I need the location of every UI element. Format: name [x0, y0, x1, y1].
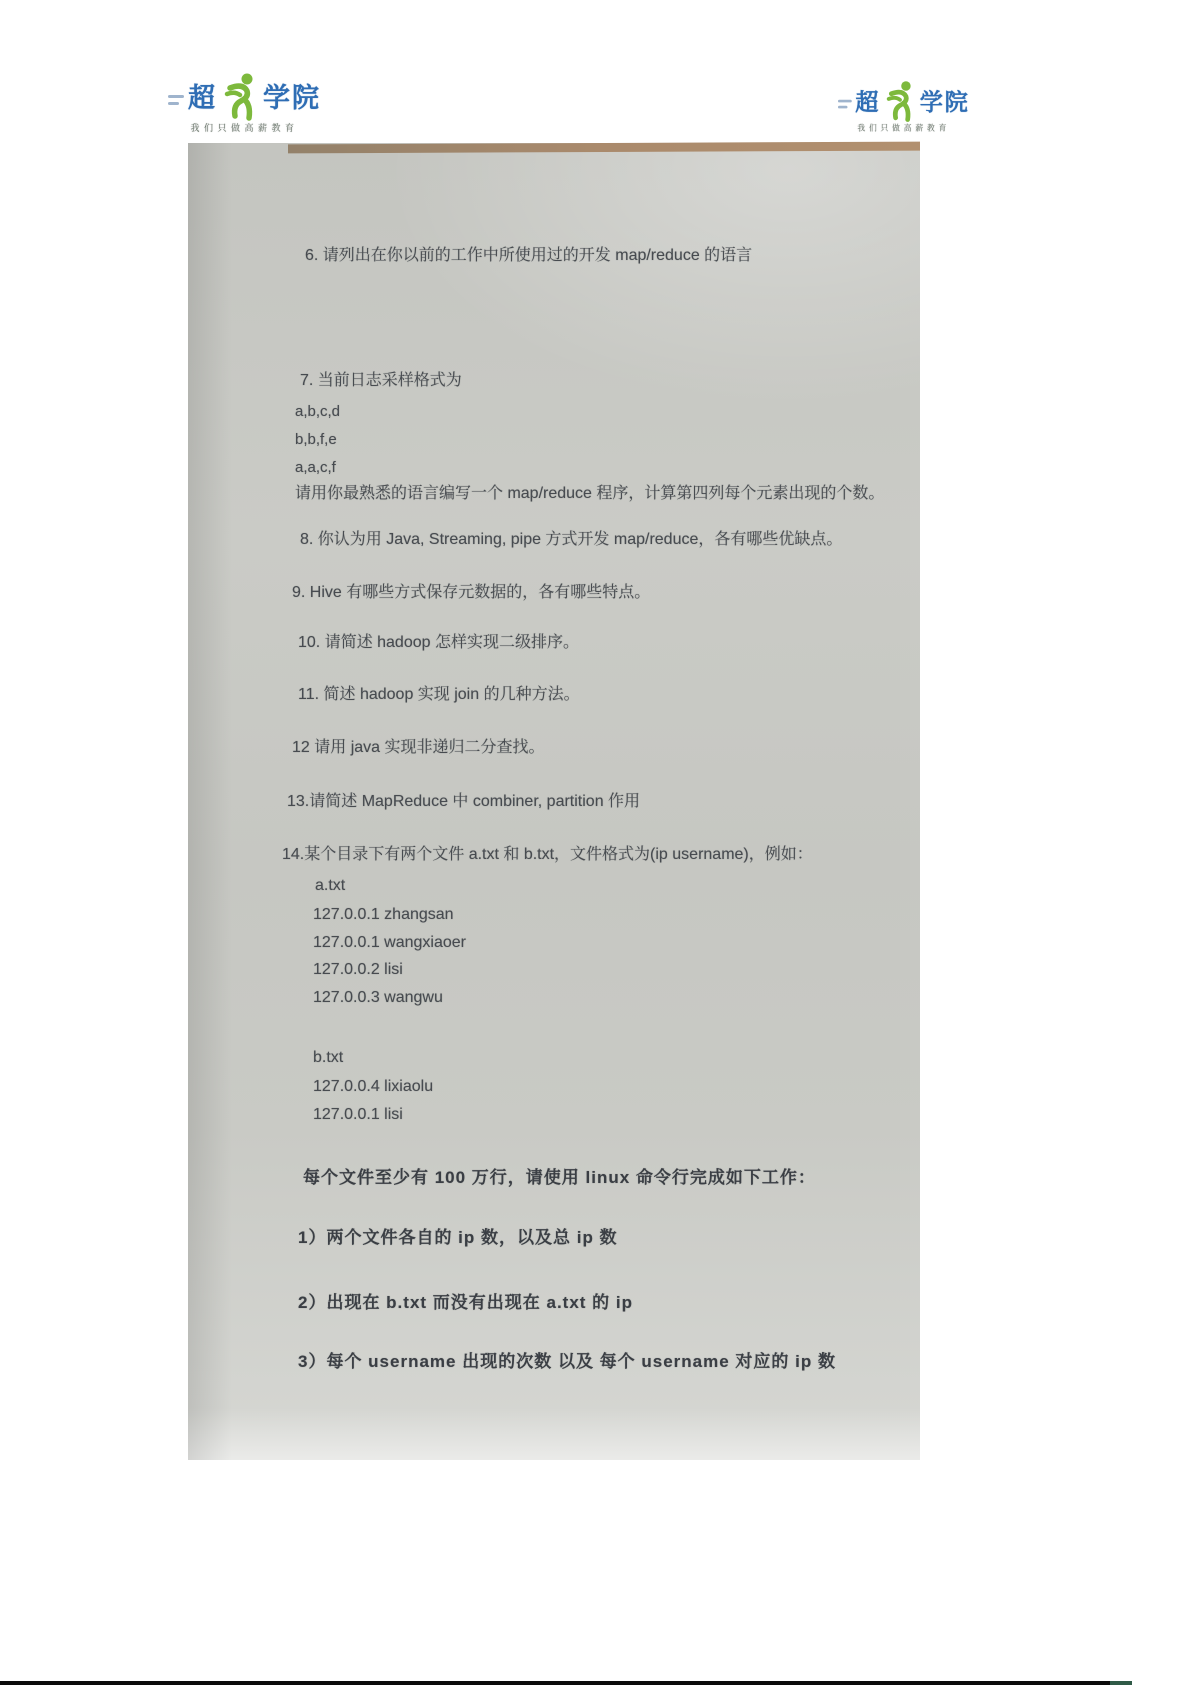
- file-a-row: 127.0.0.1 wangxiaoer: [313, 933, 466, 953]
- file-b-row: 127.0.0.1 lisi: [313, 1105, 403, 1125]
- log-sample-row: b,b,f,e: [295, 430, 337, 450]
- brand-logo-row: 超 学院: [168, 72, 321, 118]
- log-sample-row: a,b,c,d: [295, 402, 340, 422]
- speed-lines-icon: [838, 100, 852, 109]
- question-11: 11. 简述 hadoop 实现 join 的几种方法。: [298, 685, 580, 705]
- bottom-border-line: [0, 1681, 1110, 1685]
- note-line: 每个文件至少有 100 万行，请使用 linux 命令行完成如下工作：: [303, 1168, 816, 1188]
- file-a-row: 127.0.0.1 zhangsan: [313, 905, 454, 925]
- question-12: 12 请用 java 实现非递归二分查找。: [292, 738, 545, 758]
- file-b-name: b.txt: [313, 1048, 343, 1068]
- question-7-task: 请用你最熟悉的语言编写一个 map/reduce 程序，计算第四列每个元素出现的…: [295, 484, 884, 504]
- brand-tagline: 我们只做高薪教育: [190, 121, 298, 134]
- document-photo: 6. 请列出在你以前的工作中所使用过的开发 map/reduce 的语言 7. …: [188, 143, 920, 1460]
- brand-logo-row: 超 学院: [838, 80, 970, 120]
- file-b-row: 127.0.0.4 lixiaolu: [313, 1077, 433, 1097]
- task-2: 2）出现在 b.txt 而没有出现在 a.txt 的 ip: [298, 1293, 633, 1313]
- file-a-row: 127.0.0.3 wangwu: [313, 988, 443, 1008]
- task-1: 1）两个文件各自的 ip 数，以及总 ip 数: [298, 1228, 618, 1248]
- brand-text-chao: 超: [188, 76, 217, 115]
- brand-logo-left: 超 学院 我们只做高薪教育: [168, 72, 321, 134]
- speed-lines-icon: [168, 95, 184, 105]
- file-a-row: 127.0.0.2 lisi: [313, 960, 403, 980]
- task-3: 3）每个 username 出现的次数 以及 每个 username 对应的 i…: [298, 1352, 836, 1372]
- file-a-name: a.txt: [315, 876, 345, 896]
- brand-tagline: 我们只做高薪教育: [857, 122, 950, 133]
- brand-text-xueyuan: 学院: [263, 76, 321, 115]
- brand-text-xueyuan: 学院: [920, 83, 970, 117]
- log-sample-row: a,a,c,f: [295, 458, 336, 478]
- runner-icon: [883, 80, 917, 125]
- runner-icon: [220, 72, 260, 124]
- question-8: 8. 你认为用 Java, Streaming, pipe 方式开发 map/r…: [300, 530, 842, 550]
- question-13: 13.请简述 MapReduce 中 combiner, partition 作…: [287, 792, 640, 812]
- brand-text-chao: 超: [855, 83, 880, 117]
- question-14: 14.某个目录下有两个文件 a.txt 和 b.txt，文件格式为(ip use…: [282, 845, 813, 865]
- paper-top-edge: [288, 142, 920, 154]
- question-7-title: 7. 当前日志采样格式为: [300, 371, 462, 391]
- question-6: 6. 请列出在你以前的工作中所使用过的开发 map/reduce 的语言: [305, 246, 752, 266]
- brand-logo-right: 超 学院 我们只做高薪教育: [838, 80, 970, 133]
- question-10: 10. 请简述 hadoop 怎样实现二级排序。: [298, 633, 579, 653]
- question-9: 9. Hive 有哪些方式保存元数据的，各有哪些特点。: [292, 583, 650, 603]
- bottom-border-accent: [1110, 1681, 1132, 1685]
